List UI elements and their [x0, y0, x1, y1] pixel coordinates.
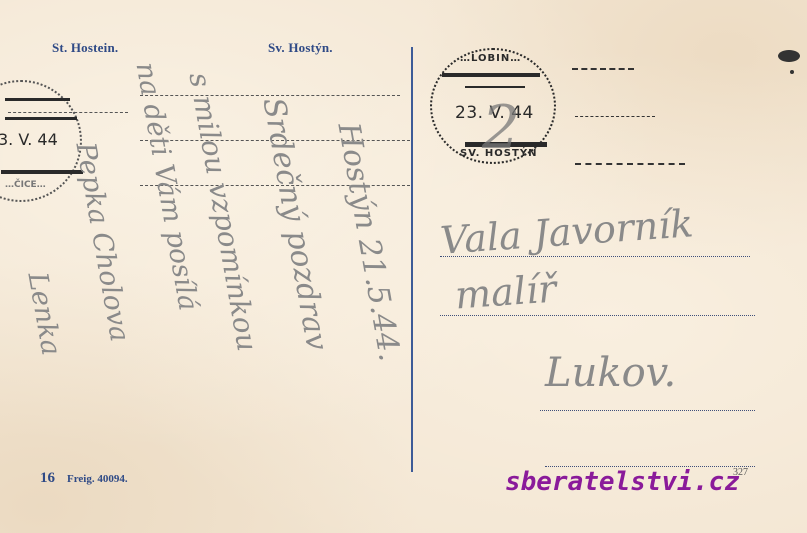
postmark-left-bar-top — [5, 98, 70, 101]
footer-number: 16 — [40, 470, 55, 487]
postmark-left: 3. V. 44 …ČICE… — [0, 80, 85, 205]
left-cancel-line-1 — [8, 112, 128, 113]
stamp-speck — [790, 70, 794, 74]
handwritten-message-line-2: s milou vzpomínkou — [183, 70, 265, 354]
handwritten-overmark: 2 — [482, 93, 520, 163]
caption-left: St. Hostein. — [52, 40, 118, 56]
postmark-left-bar-bottom — [1, 170, 83, 174]
handwritten-address-town: Lukov. — [545, 350, 676, 396]
handwritten-place-date: Hostýn 21.5.44. — [331, 120, 407, 364]
postmark-top-text: …LOBIN… — [460, 53, 521, 64]
cancel-line-2 — [575, 116, 655, 117]
postmark-left-bar-2 — [5, 117, 77, 120]
handwritten-signature: Lenka — [21, 270, 66, 358]
caption-right: Sv. Hostýn. — [268, 40, 333, 56]
handwritten-message-line-1: Srdečný pozdrav — [256, 95, 335, 353]
postmark-bar-mid — [465, 86, 525, 88]
handwritten-address-occupation: malíř — [454, 267, 558, 318]
postmark-main: …LOBIN… 23. V. 44 SV. HOSTÝN 2 — [430, 48, 558, 166]
stamp-remnant — [778, 50, 800, 62]
watermark: sberatelstvi.cz — [505, 467, 740, 497]
left-cancel-line-2 — [140, 95, 400, 96]
cancel-line-3 — [575, 163, 685, 165]
footer-print: Freig. 40094. — [67, 473, 128, 485]
handwritten-address-name: Vala Javorník — [439, 201, 695, 263]
postmark-bar-top — [442, 73, 540, 77]
message-address-divider — [411, 47, 413, 472]
address-line-3 — [540, 410, 755, 411]
postmark-left-bottom-text: …ČICE… — [5, 180, 46, 190]
cancel-line-1 — [572, 68, 634, 70]
handwritten-message-line-4: Pepka Cholova — [69, 140, 135, 344]
postmark-left-date: 3. V. 44 — [0, 130, 58, 149]
